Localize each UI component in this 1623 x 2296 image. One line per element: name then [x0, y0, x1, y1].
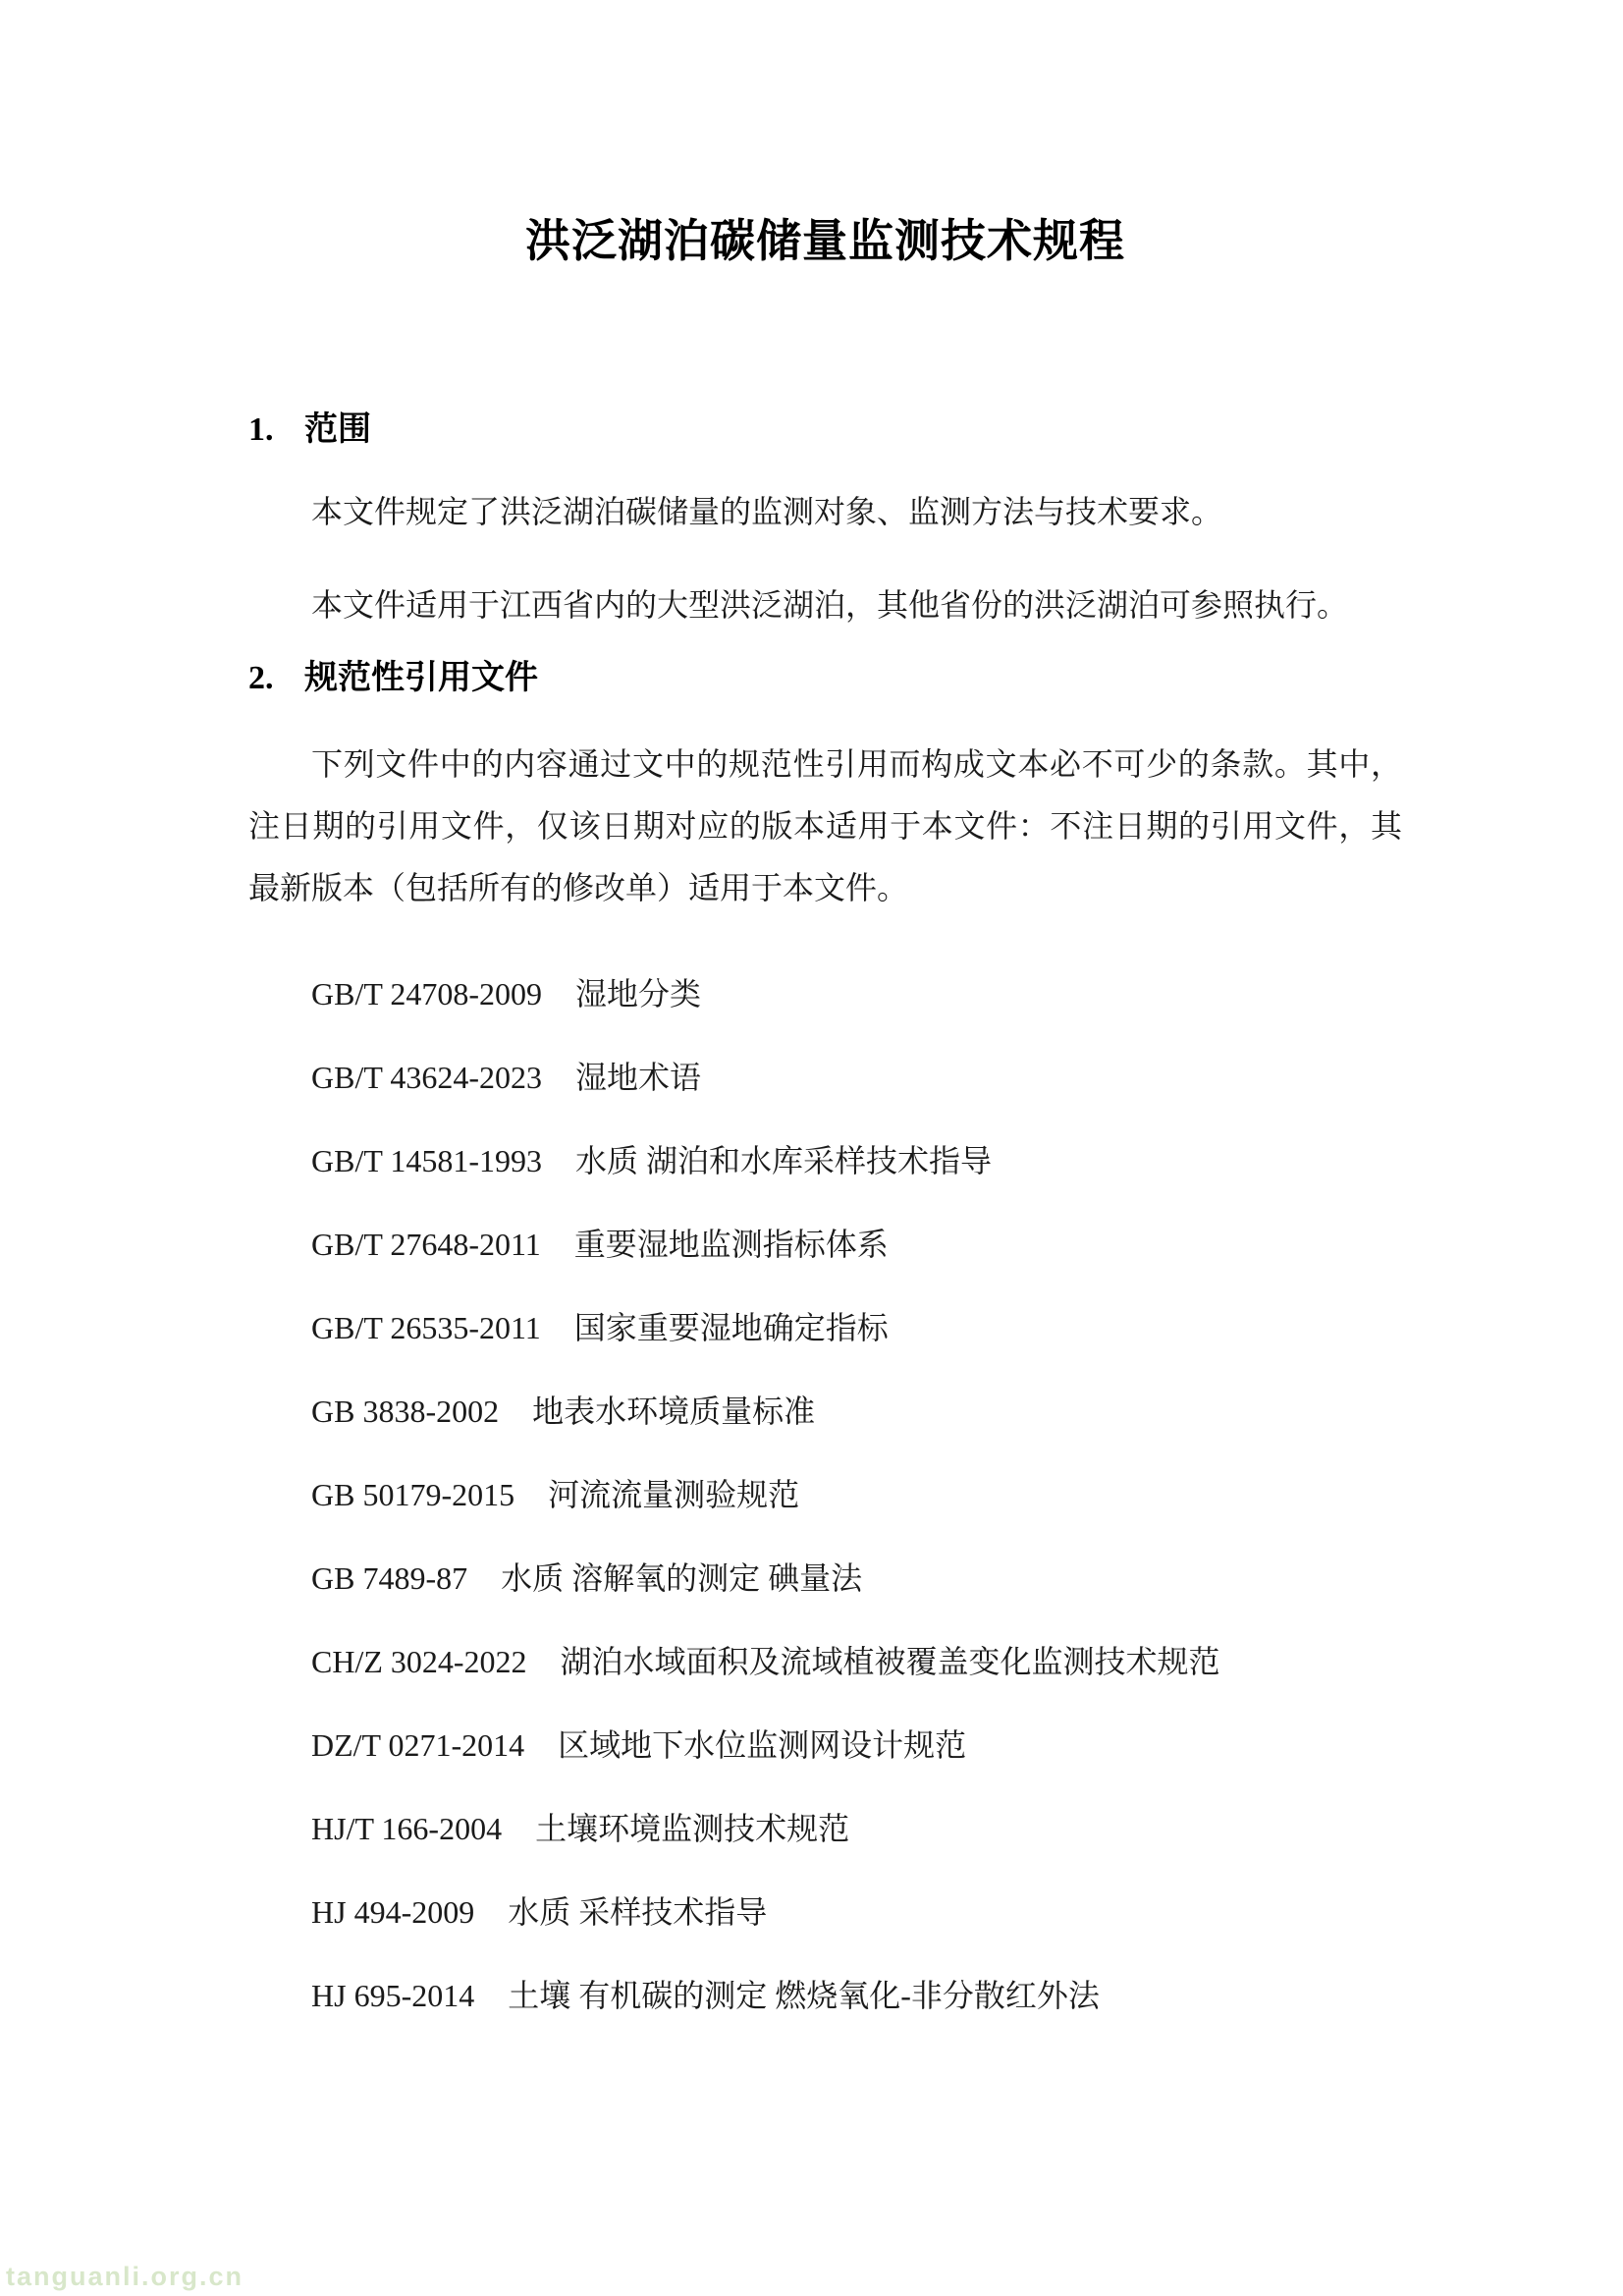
- reference-title: 湖泊水域面积及流域植被覆盖变化监测技术规范: [561, 1644, 1220, 1679]
- reference-code: GB 50179-2015: [311, 1477, 514, 1512]
- reference-code: HJ/T 166-2004: [311, 1811, 502, 1846]
- reference-title: 河流流量测验规范: [548, 1477, 799, 1512]
- section-number: 2.: [248, 654, 304, 703]
- section-label: 规范性引用文件: [304, 659, 538, 696]
- reference-item: GB/T 14581-1993水质 湖泊和水库采样技术指导: [311, 1130, 1402, 1192]
- reference-item: GB/T 27648-2011重要湿地监测指标体系: [311, 1214, 1402, 1276]
- reference-item: HJ/T 166-2004土壤环境监测技术规范: [311, 1798, 1402, 1860]
- reference-item: GB 3838-2002地表水环境质量标准: [311, 1381, 1402, 1443]
- reference-code: GB/T 14581-1993: [311, 1143, 542, 1178]
- reference-item: GB 7489-87水质 溶解氧的测定 碘量法: [311, 1548, 1402, 1610]
- reference-title: 湿地术语: [575, 1060, 701, 1095]
- reference-item: HJ 695-2014土壤 有机碳的测定 燃烧氧化-非分散红外法: [311, 1965, 1402, 2027]
- reference-title: 水质 湖泊和水库采样技术指导: [575, 1143, 992, 1178]
- reference-item: HJ 494-2009水质 采样技术指导: [311, 1882, 1402, 1943]
- reference-item: GB/T 26535-2011国家重要湿地确定指标: [311, 1297, 1402, 1359]
- reference-item: GB 50179-2015河流流量测验规范: [311, 1464, 1402, 1526]
- reference-title: 地表水环境质量标准: [532, 1394, 815, 1429]
- reference-item: GB/T 43624-2023湿地术语: [311, 1047, 1402, 1109]
- reference-code: GB 3838-2002: [311, 1394, 499, 1429]
- watermark: tanguanli.org.cn: [6, 2262, 243, 2292]
- reference-code: HJ 695-2014: [311, 1978, 474, 2013]
- reference-item: CH/Z 3024-2022湖泊水域面积及流域植被覆盖变化监测技术规范: [311, 1631, 1402, 1693]
- document-page: 洪泛湖泊碳储量监测技术规程 1.范围 本文件规定了洪泛湖泊碳储量的监测对象、监测…: [0, 0, 1623, 2296]
- reference-title: 重要湿地监测指标体系: [574, 1227, 889, 1262]
- reference-code: CH/Z 3024-2022: [311, 1644, 527, 1679]
- reference-title: 湿地分类: [575, 976, 701, 1011]
- reference-code: DZ/T 0271-2014: [311, 1727, 524, 1763]
- paragraph-scope-1: 本文件规定了洪泛湖泊碳储量的监测对象、监测方法与技术要求。: [248, 481, 1402, 543]
- document-content: 洪泛湖泊碳储量监测技术规程 1.范围 本文件规定了洪泛湖泊碳储量的监测对象、监测…: [0, 0, 1623, 2027]
- reference-title: 土壤 有机碳的测定 燃烧氧化-非分散红外法: [508, 1978, 1100, 2013]
- reference-list: GB/T 24708-2009湿地分类 GB/T 43624-2023湿地术语 …: [248, 963, 1402, 2027]
- section-heading-scope: 1.范围: [248, 405, 1402, 455]
- paragraph-scope-2: 本文件适用于江西省内的大型洪泛湖泊，其他省份的洪泛湖泊可参照执行。: [248, 574, 1402, 636]
- reference-title: 水质 采样技术指导: [508, 1894, 767, 1930]
- reference-code: GB/T 24708-2009: [311, 976, 542, 1011]
- reference-code: HJ 494-2009: [311, 1894, 474, 1930]
- paragraph-normative-intro: 下列文件中的内容通过文中的规范性引用而构成文本必不可少的条款。其中，注日期的引用…: [248, 734, 1402, 919]
- reference-item: DZ/T 0271-2014区域地下水位监测网设计规范: [311, 1715, 1402, 1777]
- reference-code: GB/T 43624-2023: [311, 1060, 542, 1095]
- reference-title: 水质 溶解氧的测定 碘量法: [501, 1560, 862, 1596]
- reference-title: 土壤环境监测技术规范: [535, 1811, 849, 1846]
- reference-title: 国家重要湿地确定指标: [574, 1310, 889, 1345]
- reference-item: GB/T 24708-2009湿地分类: [311, 963, 1402, 1025]
- reference-title: 区域地下水位监测网设计规范: [558, 1727, 966, 1763]
- section-number: 1.: [248, 406, 304, 455]
- reference-code: GB/T 26535-2011: [311, 1310, 541, 1345]
- page-title: 洪泛湖泊碳储量监测技术规程: [248, 211, 1402, 270]
- reference-code: GB 7489-87: [311, 1560, 467, 1596]
- section-heading-normative-references: 2.规范性引用文件: [248, 653, 1402, 703]
- section-label: 范围: [304, 410, 371, 448]
- reference-code: GB/T 27648-2011: [311, 1227, 541, 1262]
